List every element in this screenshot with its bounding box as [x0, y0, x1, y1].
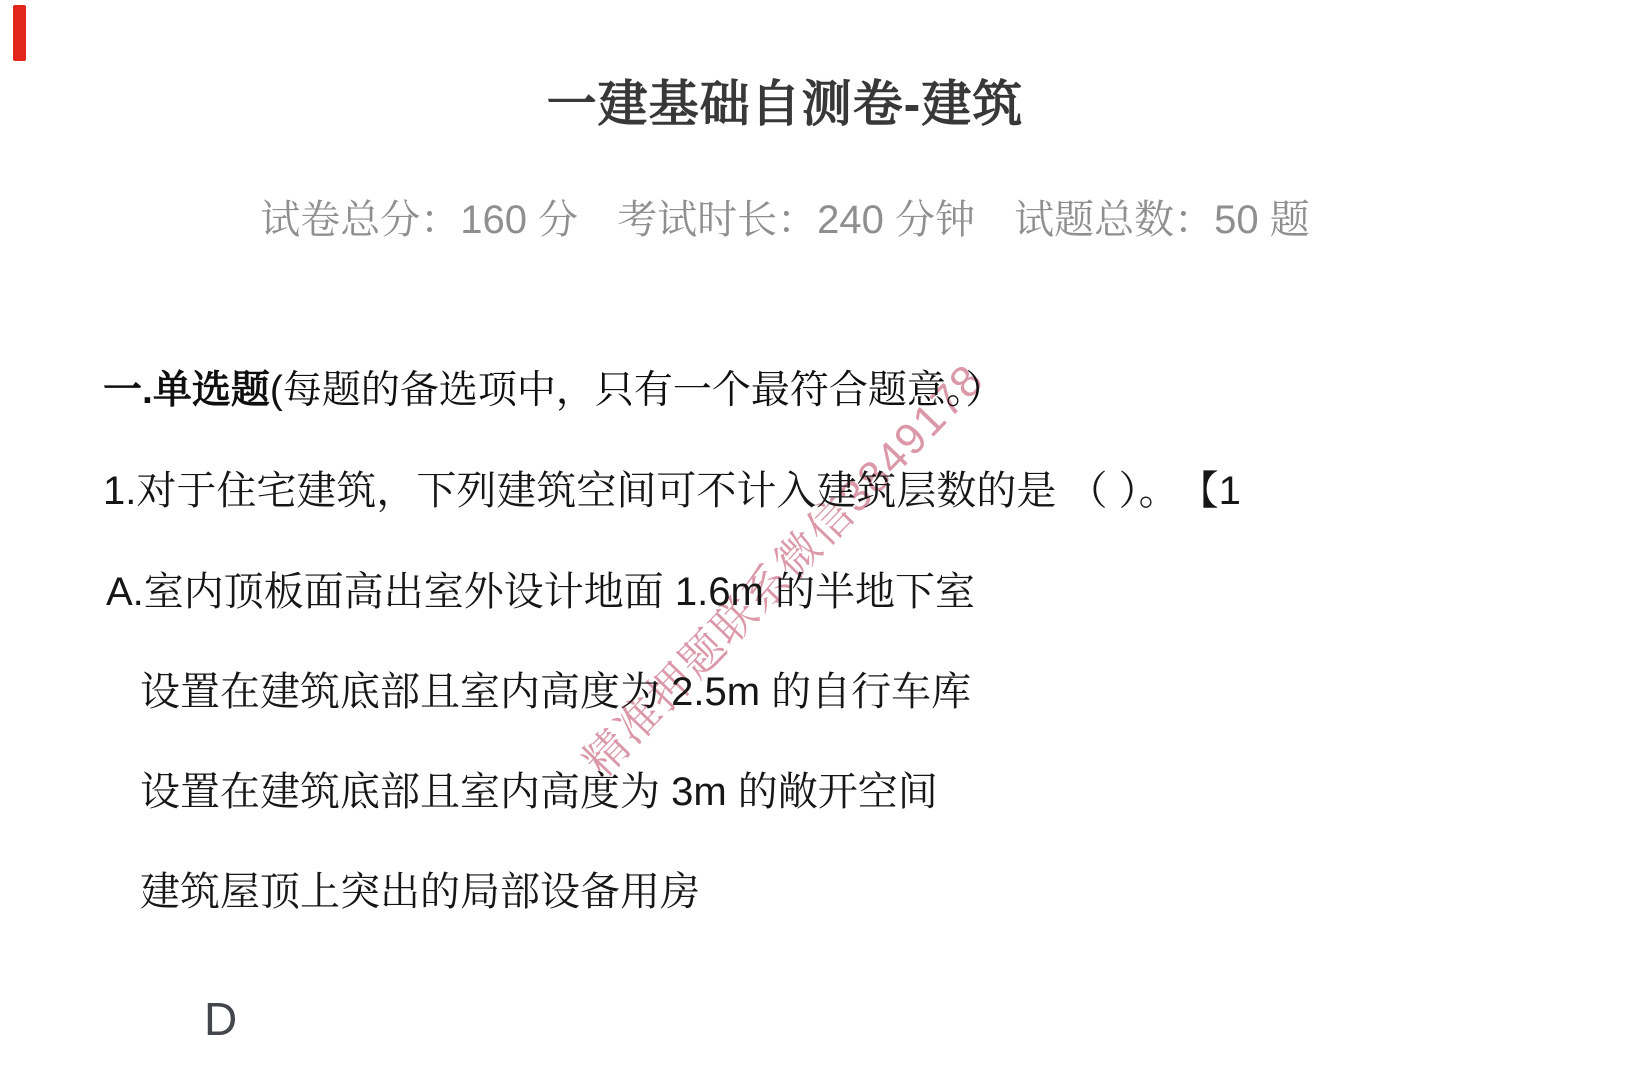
meta-total-score: 试卷总分：160 分: [260, 198, 578, 242]
section-heading-note: (每题的备选项中，只有一个最符合题意。）: [270, 369, 1005, 412]
option-line-c: 设置在建筑底部且室内高度为 3m 的敞开空间: [140, 767, 938, 817]
meta-duration: 考试时长：240 分钟: [617, 198, 975, 242]
exam-title: 一建基础自测卷-建筑: [0, 72, 1570, 136]
section-heading-title: 一.单选题: [103, 369, 270, 412]
exam-document-page: 精准押题联系微信3849178 一建基础自测卷-建筑 试卷总分：160 分 考试…: [0, 0, 1636, 1066]
option-line-d: 建筑屋顶上突出的局部设备用房: [140, 867, 700, 917]
red-pen-mark: [13, 5, 26, 61]
section-heading: 一.单选题(每题的备选项中，只有一个最符合题意。）: [103, 366, 1004, 416]
meta-question-count: 试题总数：50 题: [1014, 198, 1310, 242]
option-line-b: 设置在建筑底部且室内高度为 2.5m 的自行车库: [140, 667, 971, 717]
stray-answer-label: D: [204, 994, 237, 1044]
option-line-a: A.室内顶板面高出室外设计地面 1.6m 的半地下室: [106, 567, 975, 617]
question-text: 1.对于住宅建筑，下列建筑空间可不计入建筑层数的是 （ ）。 【1: [103, 466, 1241, 516]
exam-meta-line: 试卷总分：160 分 考试时长：240 分钟 试题总数：50 题: [0, 194, 1570, 246]
